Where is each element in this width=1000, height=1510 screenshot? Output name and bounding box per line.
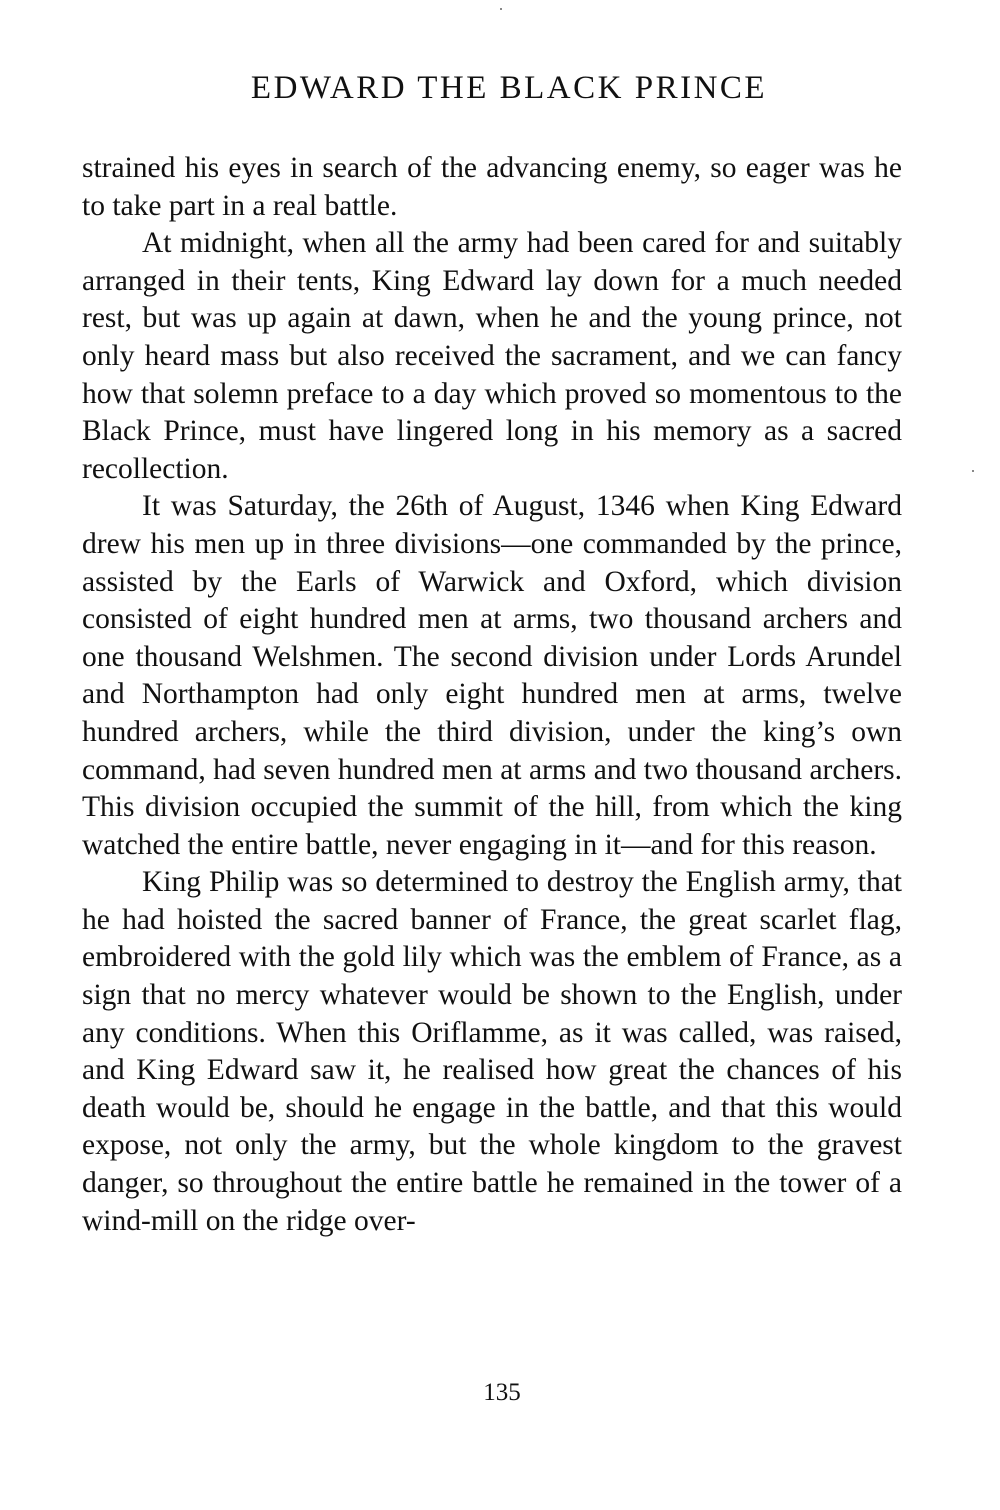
scan-speck xyxy=(500,8,502,10)
paragraph: strained his eyes in search of the advan… xyxy=(82,150,902,225)
running-head: EDWARD THE BLACK PRINCE xyxy=(0,68,1000,108)
scan-speck xyxy=(972,470,974,472)
paragraph: At midnight, when all the army had been … xyxy=(82,225,902,488)
body-text: strained his eyes in search of the advan… xyxy=(82,150,902,1240)
page-number: 135 xyxy=(0,1378,1000,1408)
paragraph: King Philip was so determined to destroy… xyxy=(82,864,902,1240)
paragraph: It was Saturday, the 26th of August, 134… xyxy=(82,488,902,864)
book-page: EDWARD THE BLACK PRINCE strained his eye… xyxy=(0,0,1000,1510)
